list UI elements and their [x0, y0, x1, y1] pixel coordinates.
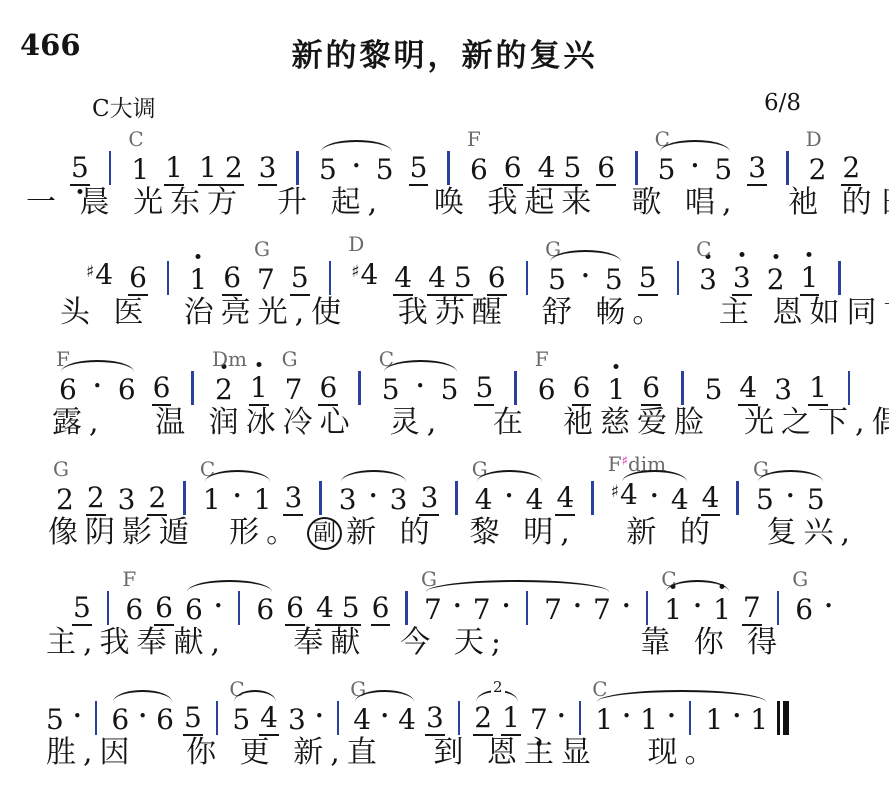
sharp-sign: ♯	[351, 262, 359, 282]
slur-arc	[660, 140, 730, 152]
music-line: 51C11235•556F64565C•532D2一 晨 光东方 升 起, 唤 …	[0, 126, 889, 238]
note: 7	[592, 593, 612, 626]
note: 6G	[794, 593, 814, 626]
lyrics-line: 露, 温 润冰冷心 灵, 在 祂慈爱脸 光之下,偶	[52, 406, 889, 441]
note: 1	[712, 593, 732, 626]
octave-dot	[256, 362, 261, 367]
note: 4G	[352, 703, 372, 736]
music-line: 2G2321C•133•334G•44♯4F♯dim•445G•5像阴影遁 形。…	[0, 456, 889, 568]
note: 7G	[423, 593, 443, 626]
barline	[455, 481, 458, 515]
note: 3	[732, 261, 752, 296]
note: 3	[287, 703, 307, 736]
augmentation-dot: •	[824, 589, 833, 626]
barline	[458, 701, 461, 735]
slur-arc	[426, 580, 609, 592]
barline	[447, 151, 450, 185]
note: 2G	[55, 483, 75, 516]
note: 2	[86, 481, 106, 516]
note: 4	[259, 701, 279, 736]
note: 5	[704, 373, 724, 406]
note: 7	[543, 593, 563, 626]
slur-arc	[384, 360, 457, 372]
note: 4	[670, 483, 690, 516]
chord-label: D	[806, 129, 822, 149]
note: 1	[199, 151, 217, 184]
note: 3	[773, 373, 793, 406]
note: 5	[72, 591, 92, 626]
lyrics-line: 头 医 治亮光,使 我苏醒 舒 畅。 主 恩如同甘	[60, 296, 889, 331]
note: 6	[128, 261, 148, 296]
augmentation-dot: •	[233, 479, 242, 516]
augmentation-dot: •	[732, 699, 741, 736]
note: 5	[70, 151, 90, 186]
music-line: 6F•662Dm17G65C•556F6165431露, 温 润冰冷心 灵, 在…	[0, 346, 889, 458]
note: 2	[766, 263, 786, 296]
notes-row: 51C11235•556F64565C•532D2	[70, 150, 889, 186]
note: 6	[110, 703, 130, 736]
lyrics-line: 主,我奉献, 奉献 今 天; 靠 你 得	[46, 626, 784, 661]
barline	[681, 371, 684, 405]
note: ♯4	[85, 258, 114, 296]
note: 6	[117, 373, 137, 406]
barline	[319, 481, 322, 515]
note: 5	[290, 261, 310, 296]
note: 1	[501, 701, 521, 736]
note: 6	[596, 151, 616, 186]
note: 3	[419, 481, 439, 516]
beam-group: 45	[315, 591, 361, 626]
slur-arc	[61, 360, 134, 372]
note: 7	[529, 703, 549, 736]
chord-label: G	[282, 349, 298, 369]
chord-label: F	[122, 569, 136, 589]
note: 3	[747, 151, 767, 186]
barline	[579, 701, 582, 735]
augmentation-dot: •	[650, 479, 659, 516]
augmentation-dot: •	[786, 479, 795, 516]
octave-dot	[773, 254, 778, 259]
augmentation-dot: •	[453, 589, 462, 626]
note: 1C	[663, 593, 683, 626]
slur-arc	[113, 690, 172, 702]
note: 5	[604, 263, 624, 296]
note: 5	[342, 591, 360, 624]
note: 5C	[381, 373, 401, 406]
note: 3	[117, 483, 137, 516]
slur-arc	[321, 140, 392, 152]
beam-group: 12	[198, 151, 244, 186]
barline	[329, 261, 332, 295]
music-lines: 51C11235•556F64565C•532D2一 晨 光东方 升 起, 唤 …	[0, 0, 889, 792]
barline	[677, 261, 680, 295]
note: 4	[393, 261, 413, 296]
note: 4	[397, 703, 417, 736]
barline	[296, 151, 299, 185]
note: 4	[555, 481, 575, 516]
note: 5	[474, 371, 494, 406]
note: 2	[147, 481, 167, 516]
barline	[736, 481, 739, 515]
final-barline-thick	[783, 701, 789, 735]
octave-dot	[739, 252, 744, 257]
lyrics-line: 一 晨 光东方 升 起, 唤 我起来 歌 唱, 祂 的日	[26, 186, 889, 221]
augmentation-dot: •	[93, 369, 102, 406]
barline	[109, 151, 112, 185]
lyrics-line: 胜,因 你 更 新,直 到 恩主显 现。	[46, 736, 722, 771]
note: 6F	[469, 153, 489, 186]
augmentation-dot: •	[573, 589, 582, 626]
augmentation-dot: •	[73, 699, 82, 736]
barline	[514, 371, 517, 405]
augmentation-dot: •	[505, 479, 514, 516]
note: 3	[283, 481, 303, 516]
note: 6	[487, 261, 507, 296]
note: 4	[428, 261, 446, 294]
beam-group: 45	[537, 151, 583, 186]
lyric-text: 像阴影遁 形。	[48, 515, 303, 550]
note: 5	[183, 701, 203, 736]
lyrics-line: 像阴影遁 形。副新 的 黎 明, 新 的 复兴,	[48, 516, 857, 551]
music-line: ♯46167G5♯4D44565G•553C321头 医 治亮光,使 我苏醒 舒…	[0, 236, 889, 348]
note: 5	[454, 261, 472, 294]
note: 1	[253, 483, 273, 516]
augmentation-dot: •	[380, 699, 389, 736]
augmentation-dot: •	[622, 699, 631, 736]
note: 6	[255, 593, 275, 626]
note: 1C	[594, 703, 614, 736]
chord-label: G	[254, 239, 270, 259]
augmentation-dot: •	[352, 149, 361, 186]
barline	[646, 591, 649, 625]
notes-row: 6F•662Dm17G65C•556F6165431	[58, 370, 889, 406]
music-line: 56F66•664567G•7•7•7•1C•176G•主,我奉献, 奉献 今 …	[0, 566, 889, 678]
barline	[635, 151, 638, 185]
augmentation-dot: •	[369, 479, 378, 516]
barline	[167, 261, 170, 295]
augmentation-dot: •	[315, 699, 324, 736]
note: 5G	[755, 483, 775, 516]
beam-group: 45	[427, 261, 473, 296]
note: 6	[318, 371, 338, 406]
chord-label: G	[792, 569, 808, 589]
note: 5	[563, 151, 581, 184]
note: 1	[639, 703, 659, 736]
note: 4G	[474, 483, 494, 516]
note: 6	[503, 151, 523, 186]
note: 6	[152, 371, 172, 406]
note: 4	[525, 483, 545, 516]
barline	[191, 371, 194, 405]
note: 6F	[124, 593, 144, 626]
slur-arc	[597, 690, 766, 702]
note: 1C	[130, 153, 150, 186]
note: 5	[713, 153, 733, 186]
barline	[526, 591, 529, 625]
chord-sharp-sign: ♯	[622, 454, 628, 469]
augmentation-dot: •	[581, 259, 590, 296]
barline	[786, 151, 789, 185]
note: 1C	[202, 483, 222, 516]
barline	[777, 591, 780, 625]
note: 1	[606, 373, 626, 406]
note: 6	[641, 371, 661, 406]
notes-row: 2G2321C•133•334G•44♯4F♯dim•445G•5	[55, 480, 889, 516]
note: 7G	[256, 263, 276, 296]
chord-label: D	[348, 234, 364, 254]
note: 4	[701, 481, 721, 516]
octave-dot	[614, 364, 619, 369]
note: 3	[338, 483, 358, 516]
note: 5	[45, 703, 65, 736]
chord-label: C	[128, 129, 143, 149]
chord-label: F	[467, 129, 481, 149]
note: 2Dm	[214, 373, 234, 406]
hymn-sheet: 466 新的黎明，新的复兴 C大调 6/8 51C11235•556F64565…	[0, 0, 889, 792]
octave-dot	[196, 254, 201, 259]
lyric-text: 露, 温 润冰冷心 灵, 在 祂慈爱脸 光之下,偶	[52, 405, 889, 440]
octave-dot	[807, 252, 812, 257]
barline	[838, 261, 841, 295]
chord-label: F	[535, 349, 549, 369]
barline	[337, 701, 340, 735]
lyric-text: 主,我奉献, 奉献 今 天; 靠 你 得	[46, 625, 784, 660]
augmentation-dot: •	[622, 589, 631, 626]
note: 7	[472, 593, 492, 626]
augmentation-dot: •	[693, 589, 702, 626]
barline	[591, 481, 594, 515]
barline	[107, 591, 110, 625]
lyric-text: 一 晨 光东方 升 起, 唤 我起来 歌 唱, 祂 的日	[26, 185, 889, 220]
augmentation-dot: •	[667, 699, 676, 736]
notes-row: 5•6•655C43•4G•43217•1C•1•1•12	[45, 700, 889, 736]
note: 2	[841, 151, 861, 186]
augmentation-dot: •	[214, 589, 223, 626]
lyric-text: 头 医 治亮光,使 我苏醒 舒 畅。 主 恩如同甘	[60, 295, 889, 330]
barline	[848, 371, 851, 405]
note: 1	[808, 371, 828, 406]
note: 6	[371, 591, 391, 626]
note: 5	[638, 261, 658, 296]
sharp-sign: ♯	[86, 262, 94, 282]
note: 5C	[231, 703, 251, 736]
augmentation-dot: •	[416, 369, 425, 406]
note: 7	[742, 591, 762, 626]
barline	[689, 701, 692, 735]
barline	[216, 701, 219, 735]
note: 5	[806, 483, 826, 516]
augmentation-dot: •	[557, 699, 566, 736]
note: 3C	[698, 263, 718, 296]
note: 6	[222, 261, 242, 296]
note: 7G	[284, 373, 304, 406]
note: 1	[188, 263, 208, 296]
slur-arc	[341, 470, 406, 482]
duplet-label: 2	[491, 680, 505, 695]
barline	[526, 261, 529, 295]
sharp-sign: ♯	[611, 482, 619, 502]
note: ♯4F♯dim	[610, 478, 639, 516]
lyric-text: 胜,因 你 更 新,直 到 恩主显 现。	[46, 735, 722, 770]
refrain-badge: 副	[307, 517, 342, 550]
note: 6	[155, 703, 175, 736]
note: 6	[184, 593, 204, 626]
note: 1	[800, 261, 820, 296]
note: 2	[225, 151, 243, 184]
note: 4	[538, 151, 556, 184]
barline	[358, 371, 361, 405]
note: 1	[749, 703, 769, 736]
music-line: 5•6•655C43•4G•43217•1C•1•1•12胜,因 你 更 新,直…	[0, 676, 889, 788]
note: 5	[409, 151, 429, 186]
barline	[238, 591, 241, 625]
augmentation-dot: •	[690, 149, 699, 186]
final-barline	[777, 701, 789, 735]
note: 2D	[808, 153, 828, 186]
note: 5	[375, 153, 395, 186]
augmentation-dot: •	[138, 699, 147, 736]
note: 3	[258, 151, 278, 186]
chord-label: G	[53, 459, 69, 479]
note: 6	[285, 591, 305, 626]
note: 2	[473, 701, 493, 736]
note: 5G	[547, 263, 567, 296]
note: 5	[318, 153, 338, 186]
note: 6F	[58, 373, 78, 406]
lyric-text: 新 的 黎 明, 新 的 复兴,	[346, 515, 857, 550]
barline	[183, 481, 186, 515]
note: 3	[389, 483, 409, 516]
notes-row: ♯46167G5♯4D44565G•553C321	[85, 260, 889, 296]
note: 3	[425, 701, 445, 736]
note: 1	[249, 371, 269, 406]
notes-row: 56F66•664567G•7•7•7•1C•176G•	[72, 590, 889, 626]
note: 1	[704, 703, 724, 736]
note: 5C	[657, 153, 677, 186]
note: 6	[572, 371, 592, 406]
note: 6F	[537, 373, 557, 406]
barline	[405, 591, 408, 625]
note: 1	[164, 151, 184, 186]
barline	[95, 701, 98, 735]
note: 5	[440, 373, 460, 406]
note: 4	[738, 371, 758, 406]
augmentation-dot: •	[502, 589, 511, 626]
slur-arc	[187, 580, 272, 592]
note: ♯4D	[350, 258, 379, 296]
note: 6	[154, 591, 174, 626]
final-barline-thin	[777, 701, 780, 735]
chord-label: Dm	[212, 349, 247, 369]
note: 4	[316, 591, 334, 624]
chord-label: C	[696, 239, 711, 259]
